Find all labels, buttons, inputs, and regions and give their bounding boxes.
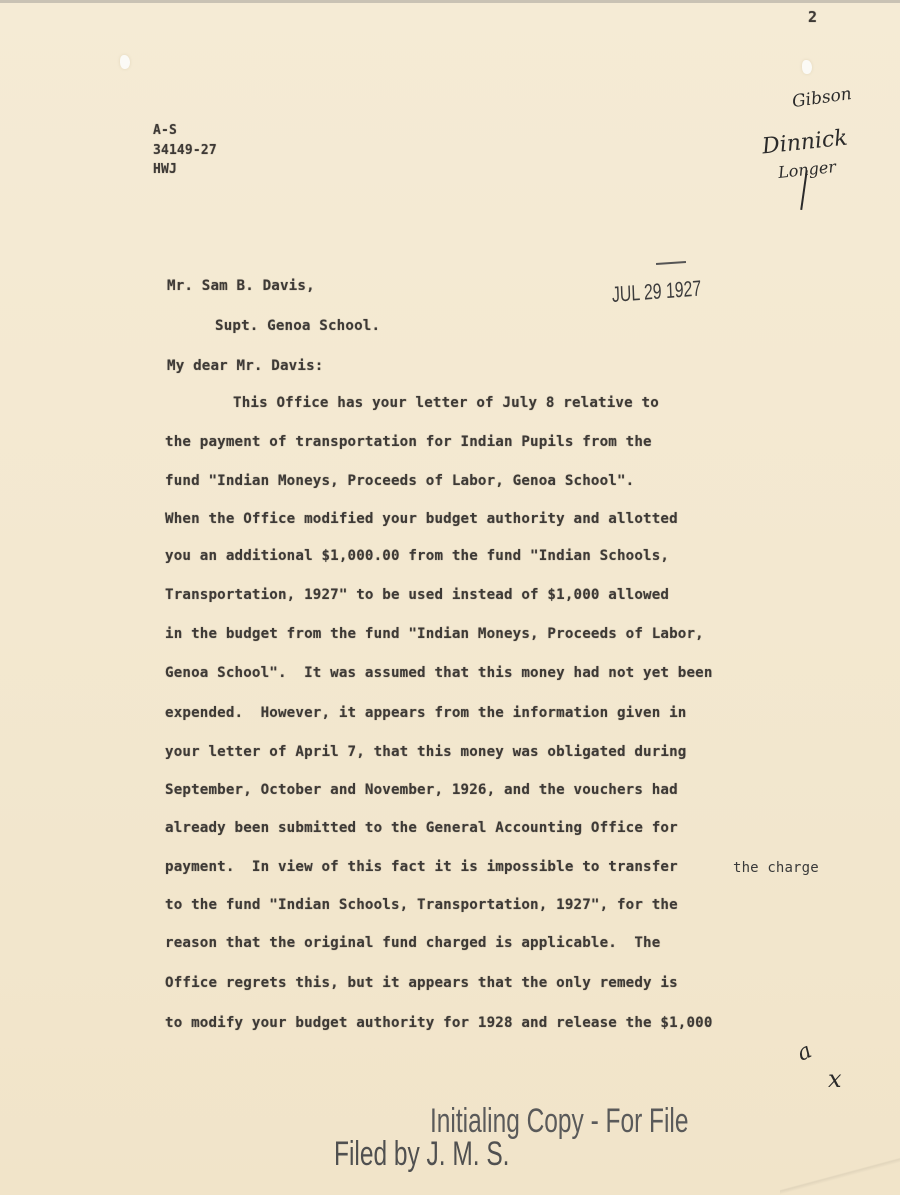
body-line: Genoa School". It was assumed that this … — [165, 665, 713, 681]
reference-code-1: A-S — [153, 121, 177, 141]
salutation: My dear Mr. Davis: — [167, 358, 323, 374]
reference-code-2: 34149-27 — [153, 141, 217, 161]
body-line: This Office has your letter of July 8 re… — [233, 395, 659, 411]
page-number: 2 — [808, 8, 817, 26]
inserted-text: the charge — [733, 860, 819, 876]
body-line: expended. However, it appears from the i… — [165, 705, 687, 721]
body-line: payment. In view of this fact it is impo… — [165, 859, 678, 875]
addressee-title: Supt. Genoa School. — [215, 318, 380, 334]
handwritten-mark-x: x — [828, 1065, 842, 1093]
body-line: When the Office modified your budget aut… — [165, 511, 678, 527]
body-line: to the fund "Indian Schools, Transportat… — [165, 897, 678, 913]
body-line: reason that the original fund charged is… — [165, 935, 660, 951]
addressee-name: Mr. Sam B. Davis, — [167, 278, 315, 294]
body-line: your letter of April 7, that this money … — [165, 744, 687, 760]
body-line: the payment of transportation for Indian… — [165, 434, 652, 450]
stamp-mark — [656, 261, 686, 265]
body-line: Office regrets this, but it appears that… — [165, 975, 678, 991]
punch-hole-right — [802, 60, 812, 74]
body-line: September, October and November, 1926, a… — [165, 782, 678, 798]
body-line: you an additional $1,000.00 from the fun… — [165, 548, 669, 564]
body-line: to modify your budget authority for 1928… — [165, 1015, 713, 1031]
body-line: in the budget from the fund "Indian Mone… — [165, 626, 704, 642]
date-stamp: JUL 29 1927 — [612, 276, 702, 308]
paper-crease — [780, 1155, 900, 1195]
body-line: Transportation, 1927" to be used instead… — [165, 587, 669, 603]
punch-hole-left — [120, 55, 130, 69]
filed-by-stamp: Filed by J. M. S. — [334, 1135, 509, 1174]
page-top-edge — [0, 0, 900, 3]
reference-code-3: HWJ — [153, 160, 177, 180]
handwritten-initial-2: Dinnick — [761, 126, 849, 160]
handwritten-mark-a: a — [793, 1038, 815, 1066]
body-line: already been submitted to the General Ac… — [165, 820, 678, 836]
letter-page: 2 A-S 34149-27 HWJ Gibson Dinnick Longer… — [0, 0, 900, 1195]
body-line: fund "Indian Moneys, Proceeds of Labor, … — [165, 473, 634, 489]
handwritten-initial-1: Gibson — [791, 84, 853, 112]
